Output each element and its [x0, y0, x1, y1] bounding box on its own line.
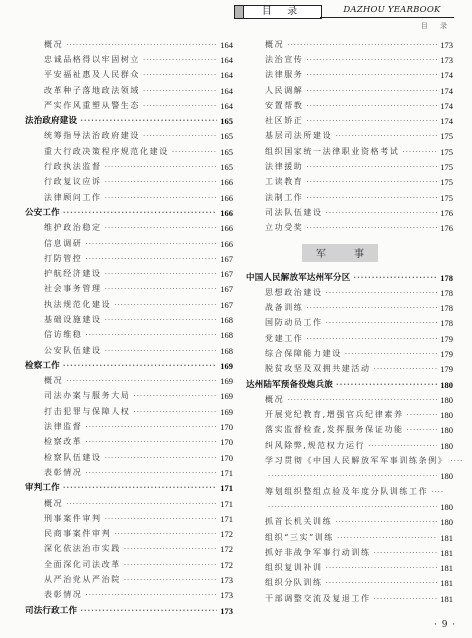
toc-entry[interactable]: 护航经济建设167	[25, 266, 233, 281]
entry-page-number: 166	[220, 193, 233, 203]
toc-entry[interactable]: 重大行政决策程序规范化建设165	[25, 144, 233, 159]
dot-leader	[66, 499, 217, 509]
toc-entry[interactable]: 组织国家统一法律职业资格考试175	[246, 144, 453, 159]
dot-leader	[143, 86, 217, 96]
entry-title: 全面深化司法改革	[44, 560, 121, 570]
entry-title: 忠诚品格得以牢固树立	[44, 55, 140, 65]
entry-page-number: 175	[440, 162, 453, 172]
dot-leader	[80, 606, 217, 616]
dot-leader	[368, 441, 437, 451]
entry-page-number: 175	[440, 147, 453, 157]
dot-leader	[124, 544, 217, 554]
toc-entry[interactable]: 改革种子落地政法领域164	[25, 83, 233, 98]
toc-entry[interactable]: 概况164	[25, 37, 233, 52]
entry-title: 国防动员工作	[265, 318, 323, 328]
entry-title: 组织复训补训	[265, 563, 323, 573]
entry-page-number: 165	[220, 116, 233, 126]
dot-leader	[306, 303, 437, 313]
entry-page-number: 170	[220, 453, 233, 463]
toc-entry[interactable]: 180	[246, 499, 453, 514]
entry-title: 达州陆军预备役炮兵旅	[246, 380, 333, 390]
dot-leader	[326, 288, 438, 298]
toc-entry[interactable]: 抓首长机关训练180	[246, 515, 453, 530]
dot-leader	[105, 284, 218, 294]
entry-page-number: 178	[440, 273, 453, 283]
toc-right-column: 概况173法治宣传173法律服务174人民调解174安置帮教174社区矫正174…	[246, 37, 453, 606]
header-rule	[320, 17, 454, 18]
entry-page-number: 181	[440, 563, 453, 573]
entry-page-number: 167	[220, 284, 233, 294]
dot-leader	[133, 407, 217, 417]
dot-leader	[63, 208, 217, 218]
toc-section-entry[interactable]: 中国人民解放军达州军分区178	[246, 270, 453, 285]
toc-section-entry[interactable]: 达州陆军预备役炮兵旅180	[246, 377, 453, 392]
entry-title: 组织国家统一法律职业资格考试	[265, 147, 399, 157]
dot-leader	[450, 456, 464, 466]
entry-page-number: 173	[220, 575, 233, 585]
dot-leader	[85, 330, 217, 340]
dot-leader	[268, 502, 437, 512]
dot-leader	[143, 55, 217, 65]
entry-title: 法律顾问工作	[44, 193, 102, 203]
entry-page-number: 172	[220, 544, 233, 554]
toc-entry[interactable]: 概况169	[25, 374, 233, 389]
dot-leader	[431, 487, 445, 497]
dot-leader	[172, 147, 217, 157]
entry-page-number: 166	[220, 208, 233, 218]
entry-title: 平安福祉惠及人民群众	[44, 70, 140, 80]
entry-title: 干部调整交流及复退工作	[265, 594, 371, 604]
dot-leader	[105, 193, 218, 203]
entry-title: 法制工作	[265, 193, 303, 203]
dot-leader	[268, 471, 437, 481]
dot-leader	[85, 590, 217, 600]
entry-page-number: 180	[440, 425, 453, 435]
entry-page-number: 178	[440, 288, 453, 298]
entry-title: 审判工作	[25, 483, 60, 493]
chapter-banner-military: 军 事	[302, 244, 378, 262]
entry-title: 检察工作	[25, 361, 60, 371]
entry-title: 概况	[265, 395, 284, 405]
entry-title: 法律监督	[44, 422, 82, 432]
entry-page-number: 180	[440, 517, 453, 527]
entry-title: 综合保障能力建设	[265, 349, 342, 359]
entry-title: 脱贫攻坚及双拥共建活动	[265, 364, 371, 374]
entry-page-number: 180	[440, 441, 453, 451]
tab-marker	[235, 6, 244, 18]
toc-entry[interactable]: 学习贯彻《中国人民解放军军事训练条例》	[246, 453, 453, 468]
entry-title: 统筹指导法治政府建设	[44, 131, 140, 141]
entry-page-number: 164	[220, 40, 233, 50]
dot-leader	[306, 70, 437, 80]
entry-page-number: 171	[220, 468, 233, 478]
toc-entry[interactable]: 法制工作175	[246, 190, 453, 205]
entry-title: 法治政府建设	[25, 116, 77, 126]
dot-leader	[85, 422, 217, 432]
entry-page-number: 167	[220, 300, 233, 310]
toc-entry[interactable]: 深化依法治市实践172	[25, 542, 233, 557]
dot-leader	[353, 273, 437, 283]
entry-page-number: 178	[440, 318, 453, 328]
toc-entry[interactable]: 表彰情况173	[25, 588, 233, 603]
entry-title: 党建工作	[265, 334, 303, 344]
dot-leader	[85, 239, 217, 249]
entry-page-number: 175	[440, 193, 453, 203]
dot-leader	[85, 254, 217, 264]
dot-leader	[105, 453, 218, 463]
toc-entry[interactable]: 法律服务174	[246, 68, 453, 83]
dot-leader	[306, 101, 437, 111]
toc-entry[interactable]: 筹划组织整组点验及年度分队训练工作	[246, 484, 453, 499]
dot-leader	[374, 594, 438, 604]
toc-entry[interactable]: 民商事案件审判172	[25, 527, 233, 542]
entry-title: 组织“三实”训练	[265, 533, 334, 543]
dot-leader	[105, 269, 218, 279]
entry-page-number: 166	[220, 239, 233, 249]
entry-page-number: 164	[220, 55, 233, 65]
entry-title: 法律服务	[265, 70, 303, 80]
entry-page-number: 180	[440, 410, 453, 420]
entry-page-number: 172	[220, 529, 233, 539]
entry-title: 抓好非战争军事行动训练	[265, 548, 371, 558]
toc-entry[interactable]: 严实作风重塑从警生态164	[25, 98, 233, 113]
entry-page-number: 181	[440, 578, 453, 588]
entry-page-number: 173	[220, 606, 233, 616]
dot-leader	[85, 437, 217, 447]
toc-entry[interactable]: 党建工作179	[246, 331, 453, 346]
toc-entry[interactable]: 思想政治建设178	[246, 285, 453, 300]
entry-title: 从严治党从严治院	[44, 575, 121, 585]
entry-title: 司法队伍建设	[265, 208, 323, 218]
entry-title: 司法办案与服务大局	[44, 391, 130, 401]
toc-section-entry[interactable]: 审判工作171	[25, 481, 233, 496]
toc-entry[interactable]: 干部调整交流及复退工作181	[246, 591, 453, 606]
toc-entry[interactable]: 信息调研166	[25, 236, 233, 251]
toc-entry[interactable]: 行政执法监督165	[25, 159, 233, 174]
toc-entry[interactable]: 打防管控167	[25, 251, 233, 266]
entry-page-number: 174	[440, 86, 453, 96]
dot-leader	[326, 563, 438, 573]
toc-entry[interactable]: 基层司法所建设175	[246, 129, 453, 144]
header-sub-label: 目 录	[421, 21, 452, 31]
toc-entry[interactable]: 综合保障能力建设179	[246, 346, 453, 361]
dot-leader	[326, 318, 438, 328]
toc-entry[interactable]: 落实监督检查,发挥服务保证功能180	[246, 423, 453, 438]
dot-leader	[335, 517, 437, 527]
entry-title: 基础设施建设	[44, 315, 102, 325]
toc-entry[interactable]: 社区矫正174	[246, 113, 453, 128]
entry-page-number: 170	[220, 422, 233, 432]
dot-leader	[80, 116, 217, 126]
entry-page-number: 176	[440, 223, 453, 233]
entry-title: 信访维稳	[44, 330, 82, 340]
entry-title: 社会事务管理	[44, 284, 102, 294]
dot-leader	[143, 131, 217, 141]
dot-leader	[66, 376, 217, 386]
entry-title: 抓首长机关训练	[265, 517, 332, 527]
dot-leader	[105, 177, 218, 187]
entry-title: 战备训练	[265, 303, 303, 313]
entry-page-number: 165	[220, 162, 233, 172]
toc-entry[interactable]: 概况173	[246, 37, 453, 52]
entry-page-number: 175	[440, 177, 453, 187]
entry-title: 表彰情况	[44, 590, 82, 600]
entry-page-number: 164	[220, 101, 233, 111]
entry-page-number: 174	[440, 116, 453, 126]
entry-title: 落实监督检查,发挥服务保证功能	[265, 425, 404, 435]
dot-leader	[402, 147, 437, 157]
toc-entry[interactable]: 执法规范化建设167	[25, 297, 233, 312]
dot-leader	[335, 131, 437, 141]
entry-page-number: 166	[220, 177, 233, 187]
entry-title: 重大行政决策程序规范化建设	[44, 147, 169, 157]
toc-entry[interactable]: 表彰情况171	[25, 465, 233, 480]
dot-leader	[326, 578, 438, 588]
entry-title: 纠风除弊,规范权力运行	[265, 441, 365, 451]
toc-entry[interactable]: 战备训练178	[246, 300, 453, 315]
dot-leader	[407, 410, 438, 420]
entry-page-number: 180	[440, 380, 453, 390]
entry-title: 概况	[44, 40, 63, 50]
toc-right-bottom: 中国人民解放军达州军分区178思想政治建设178战备训练178国防动员工作178…	[246, 270, 453, 607]
dot-leader	[306, 223, 437, 233]
entry-title: 护航经济建设	[44, 269, 102, 279]
banner-char: 事	[354, 245, 364, 260]
entry-title: 概况	[44, 376, 63, 386]
toc-entry[interactable]: 司法队伍建设176	[246, 205, 453, 220]
dot-leader	[63, 361, 217, 371]
dot-leader	[306, 86, 437, 96]
toc-section-entry[interactable]: 公安工作166	[25, 205, 233, 220]
toc-right-top: 概况173法治宣传173法律服务174人民调解174安置帮教174社区矫正174…	[246, 37, 453, 236]
dot-leader	[306, 334, 437, 344]
dot-leader	[287, 40, 437, 50]
toc-section-entry[interactable]: 司法行政工作173	[25, 603, 233, 618]
entry-title: 行政执法监督	[44, 162, 102, 172]
entry-page-number: 171	[220, 514, 233, 524]
toc-entry[interactable]: 基础设施建设168	[25, 312, 233, 327]
entry-title: 维护政治稳定	[44, 223, 102, 233]
dot-leader	[326, 208, 438, 218]
toc-section-entry[interactable]: 检察工作169	[25, 358, 233, 373]
entry-page-number: 172	[220, 560, 233, 570]
toc-entry[interactable]: 国防动员工作178	[246, 316, 453, 331]
entry-title: 公安工作	[25, 208, 60, 218]
yearbook-brand: DAZHOU YEARBOOK	[330, 5, 454, 15]
entry-title: 法治宣传	[265, 55, 303, 65]
entry-title: 组织分队训练	[265, 578, 323, 588]
dot-leader	[114, 529, 217, 539]
dot-leader	[337, 533, 437, 543]
dot-leader	[287, 395, 437, 405]
entry-title: 检察改革	[44, 437, 82, 447]
entry-page-number: 181	[440, 594, 453, 604]
entry-page-number: 164	[220, 70, 233, 80]
entry-page-number: 167	[220, 254, 233, 264]
toc-entry[interactable]: 抓好非战争军事行动训练181	[246, 545, 453, 560]
entry-title: 安置帮教	[265, 101, 303, 111]
dot-leader	[143, 101, 217, 111]
entry-title: 基层司法所建设	[265, 131, 332, 141]
dot-leader	[124, 575, 217, 585]
section-tab-label: 目 录	[244, 6, 321, 18]
toc-entry[interactable]: 组织“三实”训练181	[246, 530, 453, 545]
entry-title: 打击犯罪与保障人权	[44, 407, 130, 417]
entry-page-number: 180	[440, 471, 453, 481]
toc-entry[interactable]: 法治宣传173	[246, 52, 453, 67]
toc-entry[interactable]: 平安福祉惠及人民群众164	[25, 68, 233, 83]
toc-entry[interactable]: 刑事案件审判171	[25, 511, 233, 526]
toc-left-column: 概况164忠诚品格得以牢固树立164平安福祉惠及人民群众164改革种子落地政法领…	[25, 37, 233, 618]
entry-page-number: 173	[220, 590, 233, 600]
toc-entry[interactable]: 立功受奖176	[246, 221, 453, 236]
entry-page-number: 166	[220, 223, 233, 233]
toc-entry[interactable]: 忠诚品格得以牢固树立164	[25, 52, 233, 67]
entry-page-number: 179	[440, 349, 453, 359]
dot-leader	[306, 116, 437, 126]
entry-page-number: 176	[440, 208, 453, 218]
entry-page-number: 167	[220, 269, 233, 279]
dot-leader	[124, 560, 217, 570]
toc-entry[interactable]: 检察改革170	[25, 435, 233, 450]
toc-entry[interactable]: 信访维稳168	[25, 328, 233, 343]
toc-section-entry[interactable]: 法治政府建设165	[25, 113, 233, 128]
entry-title: 民商事案件审判	[44, 529, 111, 539]
entry-title: 行政复议应诉	[44, 177, 102, 187]
dot-leader	[63, 483, 217, 493]
dot-leader	[374, 364, 438, 374]
dot-leader	[374, 548, 438, 558]
entry-title: 概况	[44, 499, 63, 509]
entry-page-number: 178	[440, 303, 453, 313]
dot-leader	[306, 162, 437, 172]
toc-entry[interactable]: 行政复议应诉166	[25, 175, 233, 190]
entry-page-number: 173	[440, 55, 453, 65]
section-tab: 目 录	[234, 5, 322, 19]
entry-title: 严实作风重塑从警生态	[44, 101, 140, 111]
toc-entry[interactable]: 工读教育175	[246, 175, 453, 190]
toc-entry[interactable]: 全面深化司法改革172	[25, 557, 233, 572]
toc-entry[interactable]: 纠风除弊,规范权力运行180	[246, 438, 453, 453]
entry-page-number: 169	[220, 407, 233, 417]
entry-page-number: 168	[220, 315, 233, 325]
entry-title: 筹划组织整组点验及年度分队训练工作	[265, 487, 428, 497]
dot-leader	[306, 55, 437, 65]
dot-leader	[336, 380, 437, 390]
entry-page-number: 175	[440, 131, 453, 141]
entry-title: 执法规范化建设	[44, 300, 111, 310]
dot-leader	[345, 349, 437, 359]
toc-entry[interactable]: 法律援助175	[246, 159, 453, 174]
toc-entry[interactable]: 概况171	[25, 496, 233, 511]
toc-entry[interactable]: 维护政治稳定166	[25, 221, 233, 236]
entry-page-number: 169	[220, 361, 233, 371]
toc-entry[interactable]: 社会事务管理167	[25, 282, 233, 297]
entry-page-number: 173	[440, 40, 453, 50]
entry-title: 人民调解	[265, 86, 303, 96]
dot-leader	[306, 193, 437, 203]
dot-leader	[105, 162, 218, 172]
toc-entry[interactable]: 概况180	[246, 392, 453, 407]
toc-entry[interactable]: 检察队伍建设170	[25, 450, 233, 465]
toc-entry[interactable]: 脱贫攻坚及双拥共建活动179	[246, 362, 453, 377]
entry-title: 司法行政工作	[25, 606, 77, 616]
entry-title: 思想政治建设	[265, 288, 323, 298]
entry-title: 法律援助	[265, 162, 303, 172]
dot-leader	[66, 40, 217, 50]
entry-page-number: 181	[440, 548, 453, 558]
entry-title: 检察队伍建设	[44, 453, 102, 463]
dot-leader	[133, 391, 217, 401]
dot-leader	[105, 315, 218, 325]
toc-entry[interactable]: 安置帮教174	[246, 98, 453, 113]
entry-title: 中国人民解放军达州军分区	[246, 273, 350, 283]
entry-page-number: 179	[440, 364, 453, 374]
dot-leader	[306, 177, 437, 187]
entry-title: 公安队伍建设	[44, 346, 102, 356]
entry-page-number: 179	[440, 334, 453, 344]
toc-entry[interactable]: 公安队伍建设168	[25, 343, 233, 358]
banner-char: 军	[316, 245, 326, 260]
toc-entry[interactable]: 组织复训补训181	[246, 561, 453, 576]
entry-title: 工读教育	[265, 177, 303, 187]
toc-entry[interactable]: 法律顾问工作166	[25, 190, 233, 205]
page-number: · 9 ·	[434, 620, 456, 630]
toc-entry[interactable]: 组织分队训练181	[246, 576, 453, 591]
entry-page-number: 165	[220, 131, 233, 141]
entry-title: 打防管控	[44, 254, 82, 264]
entry-title: 深化依法治市实践	[44, 544, 121, 554]
toc-entry[interactable]: 法律监督170	[25, 419, 233, 434]
entry-page-number: 164	[220, 86, 233, 96]
entry-title: 学习贯彻《中国人民解放军军事训练条例》	[265, 456, 447, 466]
entry-page-number: 180	[440, 395, 453, 405]
entry-page-number: 165	[220, 147, 233, 157]
entry-title: 信息调研	[44, 239, 82, 249]
toc-entry[interactable]: 统筹指导法治政府建设165	[25, 129, 233, 144]
dot-leader	[105, 223, 218, 233]
toc-entry[interactable]: 开展党纪教育,增强官兵纪律素养180	[246, 408, 453, 423]
entry-page-number: 180	[440, 502, 453, 512]
entry-page-number: 168	[220, 330, 233, 340]
entry-title: 概况	[265, 40, 284, 50]
toc-entry[interactable]: 从严治党从严治院173	[25, 572, 233, 587]
entry-page-number: 170	[220, 437, 233, 447]
dot-leader	[407, 425, 438, 435]
toc-entry[interactable]: 司法办案与服务大局169	[25, 389, 233, 404]
entry-page-number: 169	[220, 391, 233, 401]
entry-page-number: 174	[440, 70, 453, 80]
toc-entry[interactable]: 人民调解174	[246, 83, 453, 98]
entry-page-number: 171	[220, 499, 233, 509]
entry-page-number: 181	[440, 533, 453, 543]
entry-page-number: 169	[220, 376, 233, 386]
entry-title: 开展党纪教育,增强官兵纪律素养	[265, 410, 404, 420]
entry-title: 立功受奖	[265, 223, 303, 233]
dot-leader	[105, 514, 218, 524]
entry-page-number: 171	[220, 483, 233, 493]
entry-title: 改革种子落地政法领域	[44, 86, 140, 96]
entry-page-number: 174	[440, 101, 453, 111]
entry-page-number: 168	[220, 346, 233, 356]
toc-entry[interactable]: 180	[246, 469, 453, 484]
dot-leader	[105, 346, 218, 356]
dot-leader	[143, 70, 217, 80]
toc-entry[interactable]: 打击犯罪与保障人权169	[25, 404, 233, 419]
dot-leader	[114, 300, 217, 310]
entry-title: 表彰情况	[44, 468, 82, 478]
entry-title: 刑事案件审判	[44, 514, 102, 524]
